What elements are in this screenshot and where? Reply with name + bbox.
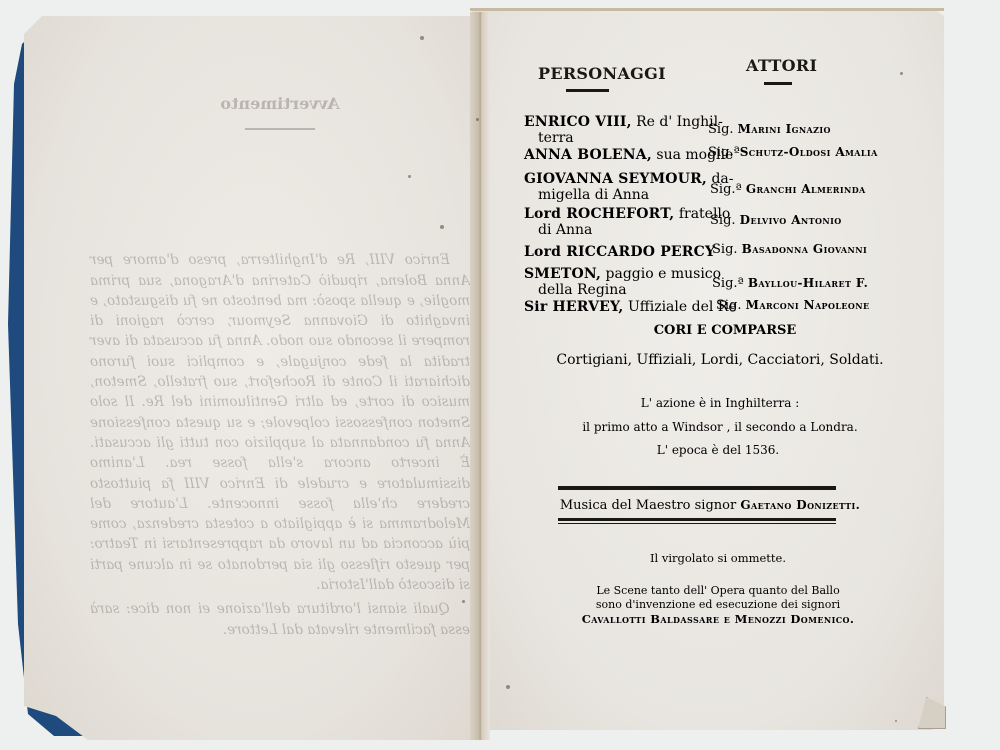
actor-name: Marconi Napoleone <box>746 298 870 312</box>
role-name: ENRICO VIII, <box>524 114 632 130</box>
ghost-paragraph-1: Enrico VIII, Re d'Inghilterra, preso d'a… <box>90 250 470 595</box>
actor-prefix: Sig.ª <box>712 276 744 291</box>
edge-shadow <box>470 8 944 11</box>
book-gutter <box>470 12 490 740</box>
thin-rule <box>558 523 836 524</box>
scenery-names: Cavallotti Baldassare e Menozzi Domenico… <box>528 612 908 626</box>
role-name: ANNA BOLENA, <box>524 147 652 163</box>
actor-prefix: Sig. <box>708 122 734 137</box>
ghost-body: Enrico VIII, Re d'Inghilterra, preso d'a… <box>90 250 470 640</box>
cast-actor: Sig.ªSchutz-Oldosi Amalia <box>708 145 878 160</box>
role-name: GIOVANNA SEYMOUR, <box>524 171 707 187</box>
actor-prefix: Sig. <box>710 213 736 228</box>
ghost-title-rule <box>245 128 315 130</box>
cast-actor: Sig.ª Granchi Almerinda <box>710 182 866 197</box>
setting-line-1: L' azione è in Inghilterra : <box>530 396 910 410</box>
cast-actor: Sig. Marconi Napoleone <box>716 298 869 313</box>
chorus-list: Cortigiani, Uffiziali, Lordi, Cacciatori… <box>530 352 910 368</box>
music-credit: Musica del Maestro signor Gaetano Donize… <box>520 498 900 513</box>
ghost-show-through: Avvertimento Enrico VIII, Re d'Inghilter… <box>90 60 470 640</box>
ghost-title: Avvertimento <box>90 94 470 114</box>
actor-name: Schutz-Oldosi Amalia <box>740 145 878 159</box>
header-personaggi-rule <box>566 89 609 92</box>
cast-actor: Sig.ª Bayllou-Hilaret F. <box>712 276 868 291</box>
header-attori-rule <box>764 82 792 85</box>
thick-rule <box>558 518 836 521</box>
foxing-spot <box>408 175 411 178</box>
cast-actor: Sig. Marini Ignazio <box>708 122 831 137</box>
cast-actor: Sig. Delvivo Antonio <box>710 213 842 228</box>
actor-prefix: Sig. <box>716 298 742 313</box>
foxing-spot <box>420 36 424 40</box>
role-description: paggio e musico <box>601 266 721 282</box>
role-name: Sir HERVEY, <box>524 299 624 315</box>
scenery-line-1: Le Scene tanto dell' Opera quanto del Ba… <box>528 584 908 597</box>
cast-actor: Sig. Basadonna Giovanni <box>712 242 867 257</box>
actor-prefix: Sig. <box>712 242 738 257</box>
foxing-spot <box>506 685 510 689</box>
actor-name: Marini Ignazio <box>738 122 831 136</box>
setting-line-2: il primo atto a Windsor , il secondo a L… <box>530 420 910 434</box>
foxing-spot <box>462 600 465 603</box>
actor-name: Granchi Almerinda <box>746 182 866 196</box>
actor-name: Basadonna Giovanni <box>742 242 867 256</box>
double-rule-bottom <box>558 518 836 524</box>
actor-prefix: Sig.ª <box>710 182 742 197</box>
header-personaggi: PERSONAGGI <box>538 64 666 83</box>
scenery-line-2: sono d'invenzione ed esecuzione dei sign… <box>528 598 908 611</box>
ghost-paragraph-2: Quali siansi l'orditura dell'azione ei n… <box>90 599 470 640</box>
setting-line-3: L' epoca è del 1536. <box>528 443 908 457</box>
thick-rule <box>558 487 836 490</box>
role-name: SMETON, <box>524 266 601 282</box>
header-attori: ATTORI <box>746 56 817 75</box>
foxing-spot <box>900 72 903 75</box>
chorus-heading: CORI E COMPARSE <box>535 323 915 338</box>
actor-name: Delvivo Antonio <box>740 213 842 227</box>
composer-name: Gaetano Donizetti. <box>740 498 860 512</box>
role-name: Lord ROCHEFORT, <box>524 206 674 222</box>
music-credit-prefix: Musica del Maestro signor <box>560 498 736 513</box>
foxing-spot <box>895 720 897 722</box>
role-name: Lord RICCARDO PERCY <box>524 244 715 260</box>
actor-name: Bayllou-Hilaret F. <box>748 276 868 290</box>
double-rule-top <box>558 484 836 490</box>
foxing-spot <box>476 118 479 121</box>
foxing-spot <box>440 225 444 229</box>
note-virgolato: Il virgolato si ommette. <box>528 551 908 565</box>
actor-prefix: Sig.ª <box>708 145 740 160</box>
